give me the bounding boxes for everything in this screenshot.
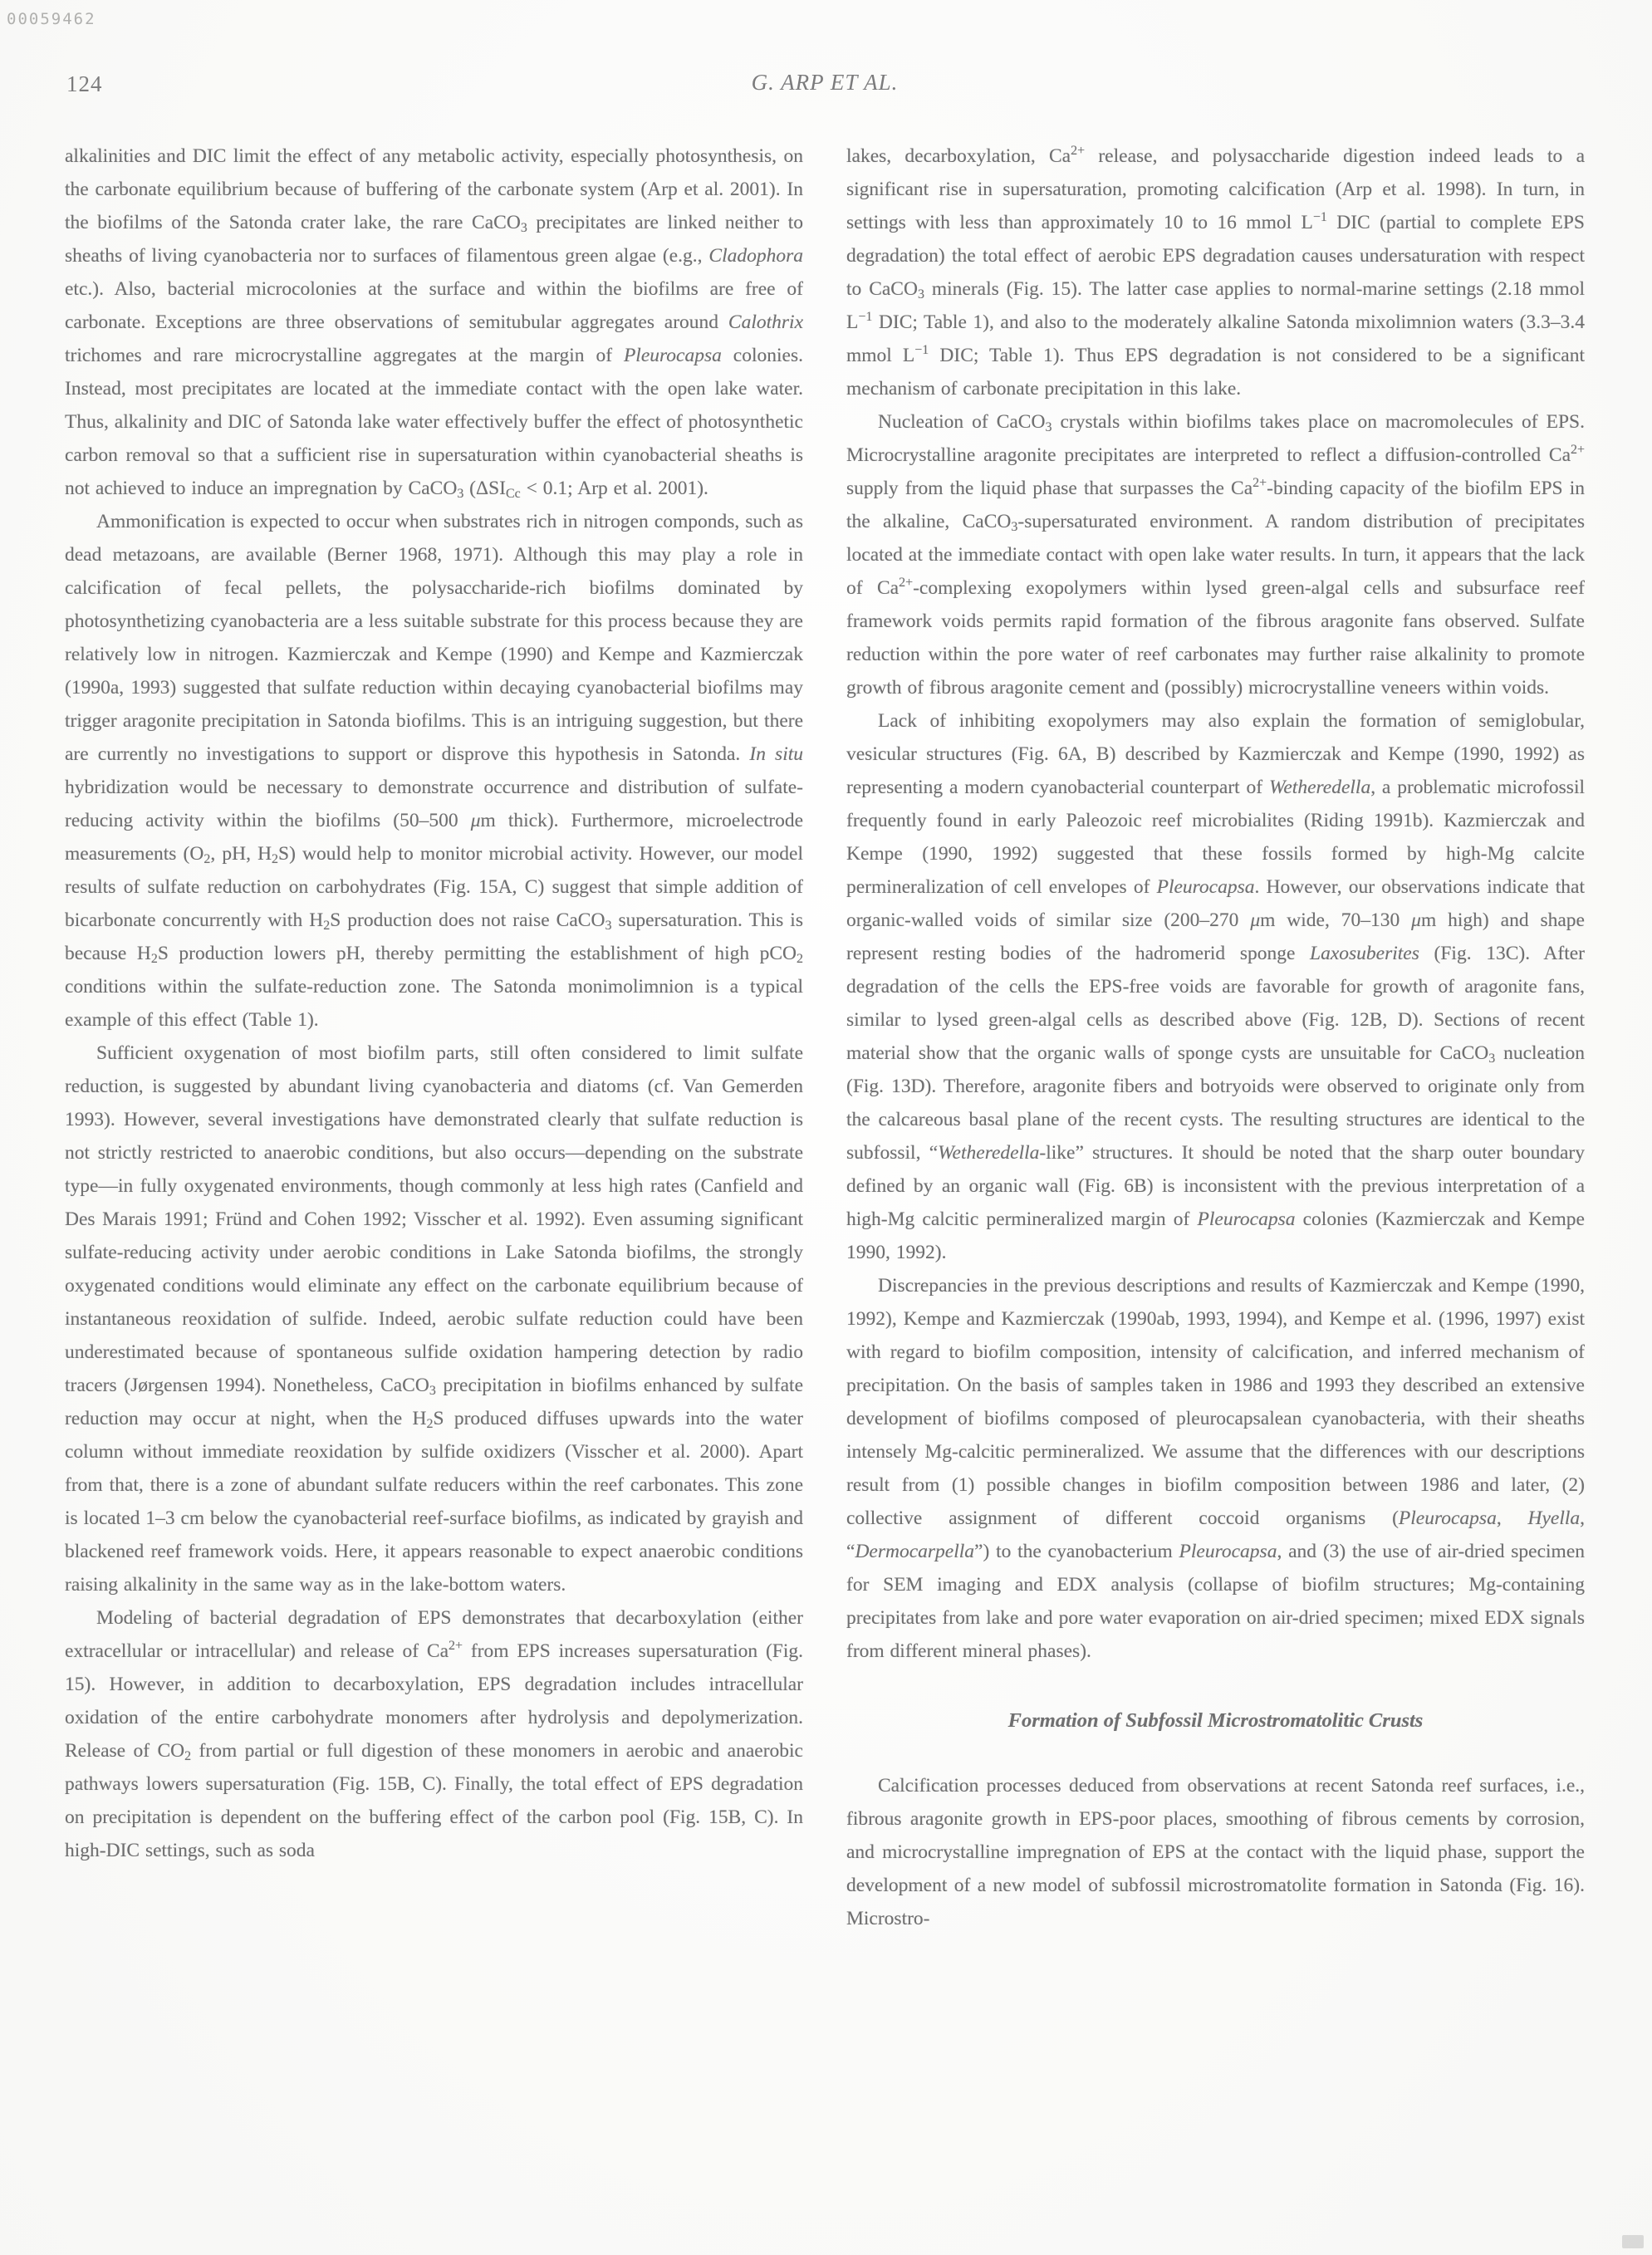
scan-id-number: 00059462 bbox=[7, 10, 96, 28]
running-head: G. ARP ET AL. bbox=[65, 70, 1585, 96]
scanned-paper-page: 00059462 124 G. ARP ET AL. alkalinities … bbox=[0, 0, 1652, 2255]
paragraph: Modeling of bacterial degradation of EPS… bbox=[65, 1601, 803, 1867]
paragraph: Sufficient oxygenation of most biofilm p… bbox=[65, 1037, 803, 1601]
paragraph: lakes, decarboxylation, Ca2+ release, an… bbox=[846, 140, 1585, 405]
paragraph: alkalinities and DIC limit the effect of… bbox=[65, 140, 803, 505]
right-column: lakes, decarboxylation, Ca2+ release, an… bbox=[846, 140, 1585, 1935]
paragraph: Lack of inhibiting exopolymers may also … bbox=[846, 704, 1585, 1269]
paragraph: Nucleation of CaCO3 crystals within biof… bbox=[846, 405, 1585, 704]
paragraph: Calcification processes deduced from obs… bbox=[846, 1769, 1585, 1935]
paragraph: Ammonification is expected to occur when… bbox=[65, 505, 803, 1037]
left-column: alkalinities and DIC limit the effect of… bbox=[65, 140, 803, 1935]
section-heading: Formation of Subfossil Microstromatoliti… bbox=[846, 1709, 1585, 1733]
two-column-text-block: alkalinities and DIC limit the effect of… bbox=[65, 140, 1585, 1935]
scan-artifact bbox=[1622, 2235, 1644, 2248]
paragraph: Discrepancies in the previous descriptio… bbox=[846, 1269, 1585, 1668]
